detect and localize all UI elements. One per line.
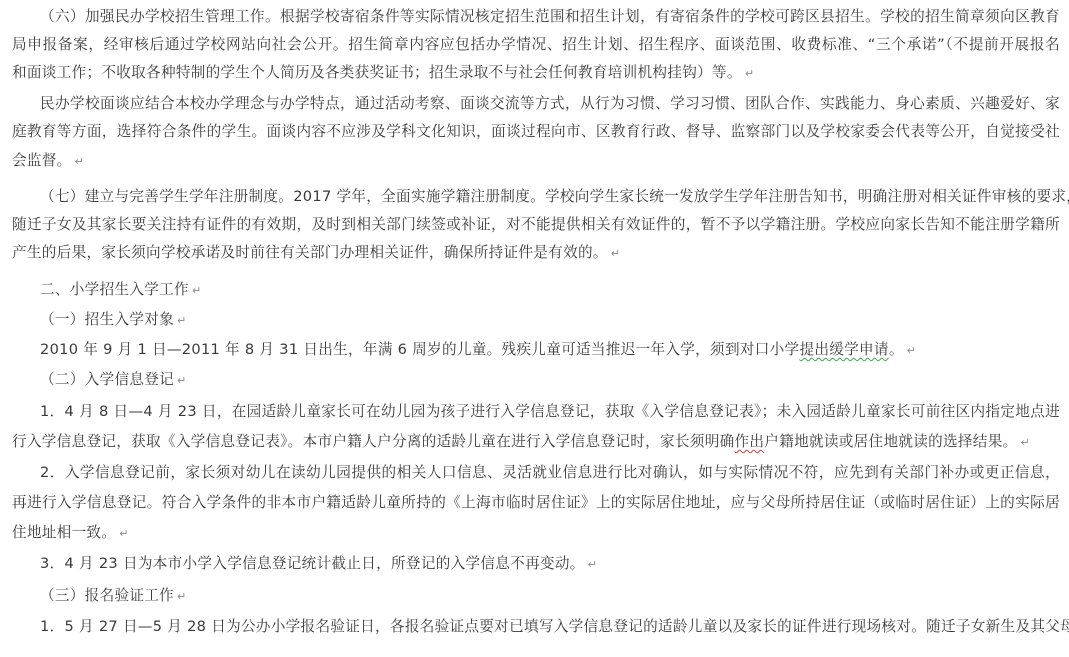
text-line: 2．入学信息登记前，家长须对幼儿在读幼儿园提供的相关人口信息、灵活就业信息进行比… bbox=[40, 462, 1060, 484]
section-heading: 二、小学招生入学工作↵ bbox=[40, 279, 201, 301]
text-content: 户籍地就读或居住地就读的选择结果。 bbox=[764, 433, 1017, 450]
document-page: （六）加强民办学校招生管理工作。根据学校寄宿条件等实际情况核定招生范围和招生计划… bbox=[0, 0, 1069, 657]
text-line: 庭教育等方面，选择符合条件的学生。面谈内容不应涉及学科文化知识，面谈过程向市、区… bbox=[12, 121, 1060, 143]
text-line: （七）建立与完善学生学年注册制度。2017 学年，全面实施学籍注册制度。学校向学… bbox=[40, 186, 1060, 208]
paragraph-mark-icon: ↵ bbox=[177, 590, 187, 603]
text-line: 和面谈工作；不收取各种特制的学生个人简历及各类获奖证书；招生录取不与社会任何教育… bbox=[12, 62, 754, 84]
paragraph-mark-icon: ↵ bbox=[611, 247, 621, 260]
paragraph-mark-icon: ↵ bbox=[907, 344, 917, 357]
text-line: 产生的后果，家长须向学校承诺及时前往有关部门办理相关证件，确保所持证件是有效的。… bbox=[12, 242, 620, 264]
text-content: 住地址相一致。 bbox=[12, 524, 116, 541]
paragraph-mark-icon: ↵ bbox=[588, 558, 598, 571]
text-content: 3．4 月 23 日为本市小学入学信息登记统计截止日，所登记的入学信息不再变动。 bbox=[40, 555, 585, 572]
text-line: 行入学信息登记，获取《入学信息登记表》。本市户籍人户分离的适龄儿童在进行入学信息… bbox=[12, 431, 1030, 453]
text-line: 会监督。↵ bbox=[12, 150, 84, 172]
paragraph-mark-icon: ↵ bbox=[177, 374, 187, 387]
text-content: 和面谈工作；不收取各种特制的学生个人简历及各类获奖证书；招生录取不与社会任何教育… bbox=[12, 64, 742, 81]
paragraph-mark-icon: ↵ bbox=[75, 155, 85, 168]
heading-text: 二、小学招生入学工作 bbox=[40, 281, 189, 298]
text-line: （六）加强民办学校招生管理工作。根据学校寄宿条件等实际情况核定招生范围和招生计划… bbox=[40, 6, 1060, 28]
text-line: 民办学校面谈应结合本校办学理念与办学特点，通过活动考察、面谈交流等方式，从行为习… bbox=[40, 93, 1060, 115]
paragraph-mark-icon: ↵ bbox=[177, 314, 187, 327]
paragraph-mark-icon: ↵ bbox=[119, 527, 129, 540]
text-content: 2010 年 9 月 1 日—2011 年 8 月 31 日出生，年满 6 周岁… bbox=[40, 341, 799, 358]
paragraph-mark-icon: ↵ bbox=[1021, 436, 1031, 449]
text-line: 再进行入学信息登记。符合入学条件的非本市户籍适龄儿童所持的《上海市临时居住证》上… bbox=[12, 492, 1060, 514]
text-content: 会监督。 bbox=[12, 152, 72, 169]
text-line: 随迁子女及其家长要关注持有证件的有效期，及时到相关部门续签或补证，对不能提供相关… bbox=[12, 214, 1060, 236]
text-line: 3．4 月 23 日为本市小学入学信息登记统计截止日，所登记的入学信息不再变动。… bbox=[40, 553, 597, 575]
text-content: 产生的后果，家长须向学校承诺及时前往有关部门办理相关证件，确保所持证件是有效的。 bbox=[12, 244, 608, 261]
subsection-heading: （三）报名验证工作↵ bbox=[40, 585, 187, 607]
heading-text: （二）入学信息登记 bbox=[40, 371, 174, 388]
text-line: 1．5 月 27 日—5 月 28 日为公办小学报名验证日，各报名验证点要对已填… bbox=[40, 616, 1060, 638]
heading-text: （三）报名验证工作 bbox=[40, 587, 174, 604]
text-line: 2010 年 9 月 1 日—2011 年 8 月 31 日出生，年满 6 周岁… bbox=[40, 339, 916, 361]
heading-text: （一）招生入学对象 bbox=[40, 311, 174, 328]
subsection-heading: （一）招生入学对象↵ bbox=[40, 309, 187, 331]
spellcheck-flagged-text[interactable]: 作出 bbox=[735, 433, 765, 450]
subsection-heading: （二）入学信息登记↵ bbox=[40, 369, 187, 391]
text-content: 。 bbox=[889, 341, 904, 358]
paragraph-mark-icon: ↵ bbox=[745, 67, 755, 80]
text-line: 1．4 月 8 日—4 月 23 日，在园适龄儿童家长可在幼儿园为孩子进行入学信… bbox=[40, 401, 1060, 423]
spellcheck-flagged-text[interactable]: 提出缓学申请 bbox=[799, 341, 888, 358]
text-content: 行入学信息登记，获取《入学信息登记表》。本市户籍人户分离的适龄儿童在进行入学信息… bbox=[12, 433, 735, 450]
text-line: 局申报备案，经审核后通过学校网站向社会公开。招生简章内容应包括办学情况、招生计划… bbox=[12, 34, 1060, 56]
text-line: 住地址相一致。↵ bbox=[12, 522, 129, 544]
paragraph-mark-icon: ↵ bbox=[192, 284, 202, 297]
